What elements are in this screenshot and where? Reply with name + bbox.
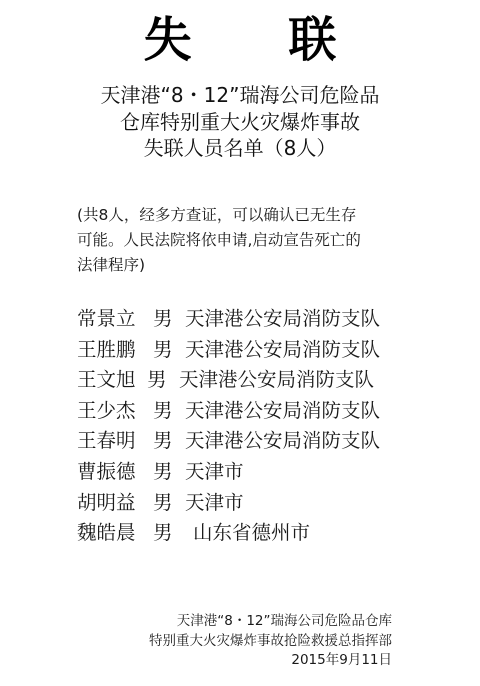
issuer-signature: 天津港“8・12”瑞海公司危险品仓库 特别重大火灾爆炸事故抢险救援总指挥部 20… xyxy=(149,612,392,671)
person-name: 常景立 xyxy=(77,304,147,335)
person-gender: 男 xyxy=(153,396,181,427)
issuer-line-1: 天津港“8・12”瑞海公司危险品仓库 xyxy=(149,612,392,632)
list-item: 王少杰男天津港公安局消防支队 xyxy=(77,396,417,427)
explanatory-note: (共8人，经多方查证，可以确认已无生存可能。人民法院将依申请,启动宣告死亡的法律… xyxy=(77,203,367,278)
person-gender: 男 xyxy=(153,304,181,335)
person-unit: 天津港公安局消防支队 xyxy=(185,396,380,427)
person-unit: 天津港公安局消防支队 xyxy=(185,335,380,366)
list-item: 王胜鹏男天津港公安局消防支队 xyxy=(77,335,417,366)
person-gender: 男 xyxy=(153,457,181,488)
list-item: 常景立男天津港公安局消防支队 xyxy=(77,304,417,335)
person-unit: 天津市 xyxy=(185,457,244,488)
subtitle-line-3: 失联人员名单（8人） xyxy=(0,135,480,162)
person-gender: 男 xyxy=(153,488,181,519)
person-gender: 男 xyxy=(153,518,181,549)
person-name: 胡明益 xyxy=(77,488,147,519)
list-item: 曹振德男天津市 xyxy=(77,457,417,488)
person-unit: 天津港公安局消防支队 xyxy=(185,304,380,335)
missing-persons-list: 常景立男天津港公安局消防支队 王胜鹏男天津港公安局消防支队 王文旭男天津港公安局… xyxy=(77,304,417,549)
document-subtitle: 天津港“8・12”瑞海公司危险品 仓库特别重大火灾爆炸事故 失联人员名单（8人） xyxy=(0,82,480,162)
person-name: 王少杰 xyxy=(77,396,147,427)
person-name: 魏皓晨 xyxy=(77,518,147,549)
list-item: 魏皓晨男山东省德州市 xyxy=(77,518,417,549)
person-unit: 天津市 xyxy=(185,488,244,519)
page-title: 失 联 xyxy=(0,10,480,70)
person-unit: 山东省德州市 xyxy=(193,518,310,549)
person-gender: 男 xyxy=(153,426,181,457)
person-unit: 天津港公安局消防支队 xyxy=(185,426,380,457)
person-name: 王胜鹏 xyxy=(77,335,147,366)
list-item: 胡明益男天津市 xyxy=(77,488,417,519)
person-gender: 男 xyxy=(153,335,181,366)
issuer-line-2: 特别重大火灾爆炸事故抢险救援总指挥部 xyxy=(149,632,392,652)
issue-date: 2015年9月11日 xyxy=(149,651,392,671)
person-name: 王春明 xyxy=(77,426,147,457)
person-name: 曹振德 xyxy=(77,457,147,488)
list-item: 王春明男天津港公安局消防支队 xyxy=(77,426,417,457)
list-item: 王文旭男天津港公安局消防支队 xyxy=(77,365,417,396)
subtitle-line-1: 天津港“8・12”瑞海公司危险品 xyxy=(0,82,480,109)
person-unit: 天津港公安局消防支队 xyxy=(179,365,374,396)
person-gender: 男 xyxy=(147,365,175,396)
subtitle-line-2: 仓库特别重大火灾爆炸事故 xyxy=(0,109,480,136)
person-name: 王文旭 xyxy=(77,365,141,396)
